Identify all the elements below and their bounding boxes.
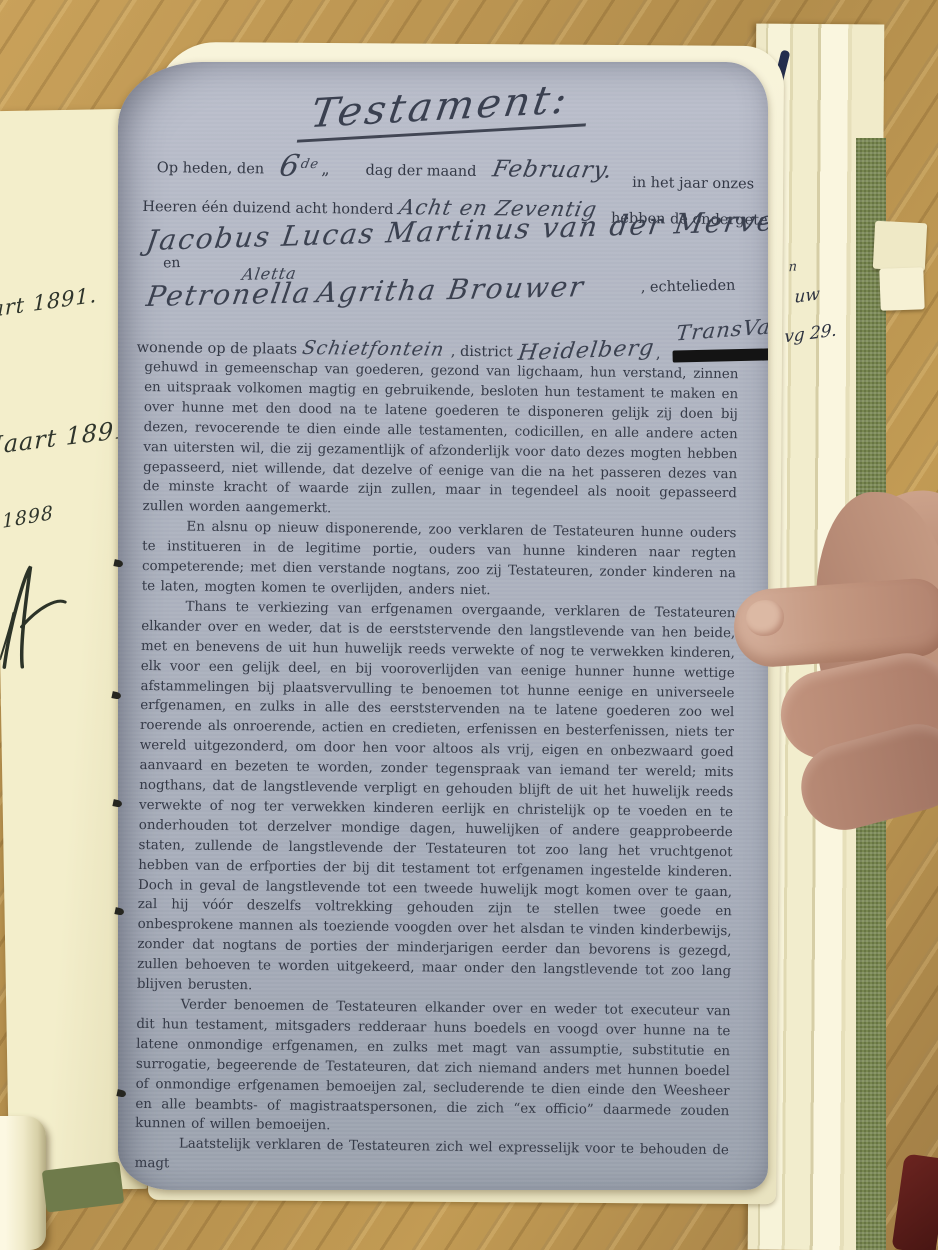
territory-handwritten: TransVaal [675, 313, 768, 345]
paragraph: Thans te verkiezing van erfgenamen overg… [137, 597, 736, 1002]
redaction-wrap: TransVaal [672, 346, 768, 364]
page-tab [879, 267, 924, 311]
redaction-bar [672, 348, 768, 363]
residence-pre: wonende op de plaats [137, 340, 298, 358]
separator: , [656, 346, 661, 362]
page-title: Testament: [296, 76, 592, 143]
testament-page: Testament: Op heden, den6de„dag der maan… [118, 62, 768, 1190]
testament-body: gehuwd in gemeenschap van goederen, gezo… [135, 358, 739, 1181]
testament-text: Testament: Op heden, den6de„dag der maan… [135, 74, 742, 1181]
paragraph: En alsnu op nieuw disponerende, zoo verk… [142, 517, 737, 604]
date-pre: Op heden, den [157, 160, 265, 177]
ditto-mark: „ [321, 159, 330, 178]
paragraph: gehuwd in gemeenschap van goederen, gezo… [143, 358, 739, 524]
date-mid: dag der maand [365, 163, 476, 180]
paragraph: Verder benoemen de Testateuren elkander … [135, 995, 731, 1142]
year-pre: Heeren één duizend acht honderd [142, 199, 393, 218]
margin-note-fragment: uw [794, 284, 820, 308]
testatrix-rest: Agritha Brouwer [314, 270, 587, 309]
margin-note-fragment: vg 29. [784, 320, 837, 347]
month-handwritten: February. [490, 156, 615, 183]
margin-note-date: ʳ 1898 [0, 502, 54, 536]
testatrix-name-line: AlettaPetronella Agritha Brouwer, echtel… [146, 267, 739, 313]
spouses-label: , echtelieden [641, 278, 736, 296]
conjunction: en [163, 255, 181, 272]
margin-note-date: Maart 1891 [0, 415, 131, 462]
curled-page-edge [0, 1116, 46, 1250]
paragraph: Laatstelijk verklaren de Testateuren zic… [135, 1134, 729, 1181]
testatrix-first: Petronella [144, 276, 314, 313]
hand [732, 466, 938, 842]
date-post: in het jaar onzes [632, 175, 754, 192]
residence-mid: , district [451, 344, 513, 361]
day-suffix: de [300, 157, 321, 172]
signature-flourish [0, 562, 86, 674]
page-tab [873, 221, 927, 272]
photo-scene: aart 1891. Maart 1891 ʳ 1898 n uw vg 29.… [0, 0, 938, 1250]
thumbnail [746, 600, 784, 636]
farm-name: Schietfontein [301, 337, 447, 361]
district-name: Heidelberg [517, 336, 657, 366]
margin-note-date: aart 1891. [0, 283, 97, 324]
margin-note-fragment: n [788, 259, 797, 275]
date-line: Op heden, den6de„dag der maandFebruary.i… [157, 145, 741, 187]
